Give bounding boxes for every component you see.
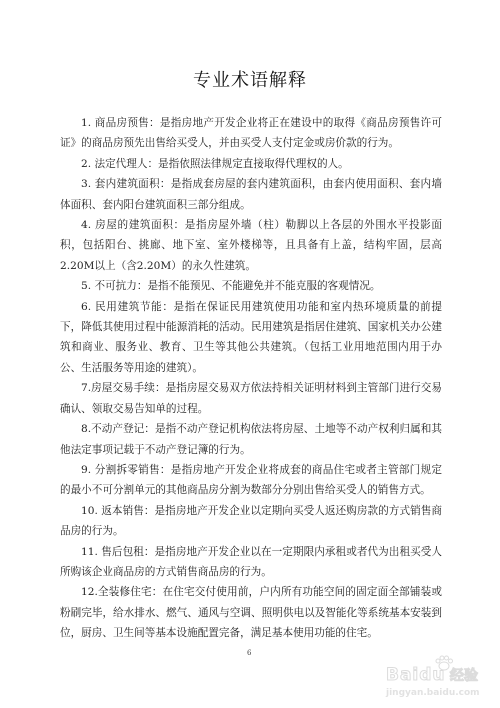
- glossary-item-5: 5. 不可抗力：是指不能预见、不能避免并不能克服的客观情况。: [60, 276, 442, 296]
- page-number: 6: [247, 649, 251, 657]
- glossary-item-10: 10. 返本销售：是指房地产开发企业以定期向买受人返还购房款的方式销售商品房的行…: [60, 501, 442, 542]
- watermark-url: jingyan.baidu.com: [386, 688, 480, 698]
- document-page: 专业术语解释 1. 商品房预售：是指房地产开发企业将正在建设中的取得《商品房预售…: [0, 0, 500, 708]
- glossary-item-12: 12.全装修住宅：在住宅交付使用前，户内所有功能空间的固定面全部铺装或粉刷完毕，…: [60, 582, 442, 643]
- glossary-body: 1. 商品房预售：是指房地产开发企业将正在建设中的取得《商品房预售许可证》的商品…: [60, 113, 442, 644]
- glossary-item-3: 3. 套内建筑面积：是指成套房屋的套内建筑面积，由套内使用面积、套内墙体面积、套…: [60, 174, 442, 215]
- glossary-item-11: 11. 售后包租：是指房地产开发企业以在一定期限内承租或者代为出租买受人所购该企…: [60, 542, 442, 583]
- page-title: 专业术语解释: [0, 66, 500, 92]
- glossary-item-6: 6. 民用建筑节能：是指在保证民用建筑使用功能和室内热环境质量的前提下，降低其使…: [60, 297, 442, 379]
- baidu-jingyan-watermark: Baidu 经验 jingyan.baidu.com: [380, 655, 500, 705]
- glossary-item-1: 1. 商品房预售：是指房地产开发企业将正在建设中的取得《商品房预售许可证》的商品…: [60, 113, 442, 154]
- glossary-item-9: 9. 分割拆零销售：是指房地产开发企业将成套的商品住宅或者主管部门规定的最小不可…: [60, 460, 442, 501]
- watermark-logo-text: Baidu: [386, 665, 446, 685]
- glossary-item-2: 2. 法定代理人：是指依照法律规定直接取得代理权的人。: [60, 154, 442, 174]
- watermark-logo-cn: 经验: [450, 665, 478, 685]
- glossary-item-8: 8.不动产登记：是指不动产登记机构依法将房屋、土地等不动产权利归属和其他法定事项…: [60, 419, 442, 460]
- glossary-item-4: 4. 房屋的建筑面积：是指房屋外墙（柱）勒脚以上各层的外围水平投影面积，包括阳台…: [60, 215, 442, 276]
- glossary-item-7: 7.房屋交易手续：是指房屋交易双方依法持相关证明材料到主管部门进行交易确认、领取…: [60, 378, 442, 419]
